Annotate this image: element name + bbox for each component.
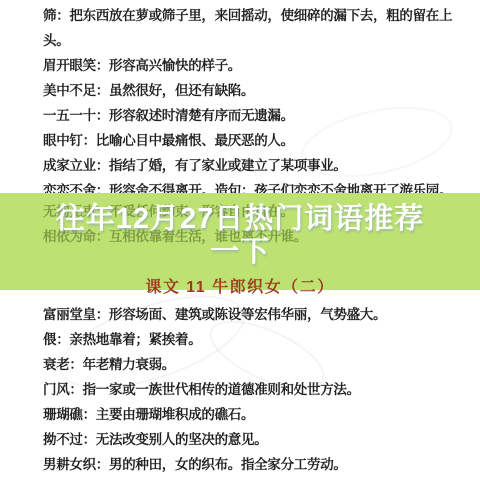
vocabulary-notes-page: 筛：把东西放在萝或筛子里，来回摇动，使细碎的漏下去，粗的留在上头。眉开眼笑：形容… bbox=[0, 0, 480, 480]
definitions-list-top: 筛：把东西放在萝或筛子里，来回摇动，使细碎的漏下去，粗的留在上头。眉开眼笑：形容… bbox=[43, 3, 453, 203]
banner-title: 往年12月27日热门词语推荐 一下 bbox=[0, 203, 480, 269]
definition-line: 男耕女织：男的种田，女的织布。指全家分工劳动。 bbox=[43, 452, 453, 477]
definition-line: 筛：把东西放在萝或筛子里，来回摇动，使细碎的漏下去，粗的留在上头。 bbox=[43, 3, 453, 53]
definition-line: 偎：亲热地靠着；紧挨着。 bbox=[43, 327, 453, 352]
definition-line: 珊瑚礁：主要由珊瑚堆积成的礁石。 bbox=[43, 402, 453, 427]
definition-line: 眼中钉：比喻心目中最痛恨、最厌恶的人。 bbox=[43, 128, 453, 153]
definition-line: 一五一十：形容叙述时清楚有序而无遗漏。 bbox=[43, 103, 453, 128]
lesson-caption: 课文 11 牛郎织女（二） bbox=[0, 274, 480, 297]
banner-title-line2: 一下 bbox=[0, 236, 480, 269]
definition-line: 门风：指一家或一族世代相传的道德准则和处世方法。 bbox=[43, 377, 453, 402]
definition-line: 富丽堂皇：形容场面、建筑或陈设等宏伟华丽，气势盛大。 bbox=[43, 302, 453, 327]
definition-line: 衰老：年老精力衰弱。 bbox=[43, 352, 453, 377]
promo-overlay-banner: 无拘无束：不受任何约束，形容自由自在。相依为命：互相依靠着生活，谁也离不开谁。 … bbox=[0, 193, 480, 290]
definition-line: 美中不足：虽然很好，但还有缺陷。 bbox=[43, 78, 453, 103]
definition-line: 拗不过：无法改变别人的坚决的意见。 bbox=[43, 427, 453, 452]
definition-line: 眉开眼笑：形容高兴愉快的样子。 bbox=[43, 53, 453, 78]
definitions-list-bottom: 富丽堂皇：形容场面、建筑或陈设等宏伟华丽，气势盛大。偎：亲热地靠着；紧挨着。衰老… bbox=[43, 302, 453, 477]
definition-line: 成家立业：指结了婚，有了家业或建立了某项事业。 bbox=[43, 153, 453, 178]
banner-title-line1: 往年12月27日热门词语推荐 bbox=[0, 203, 480, 236]
